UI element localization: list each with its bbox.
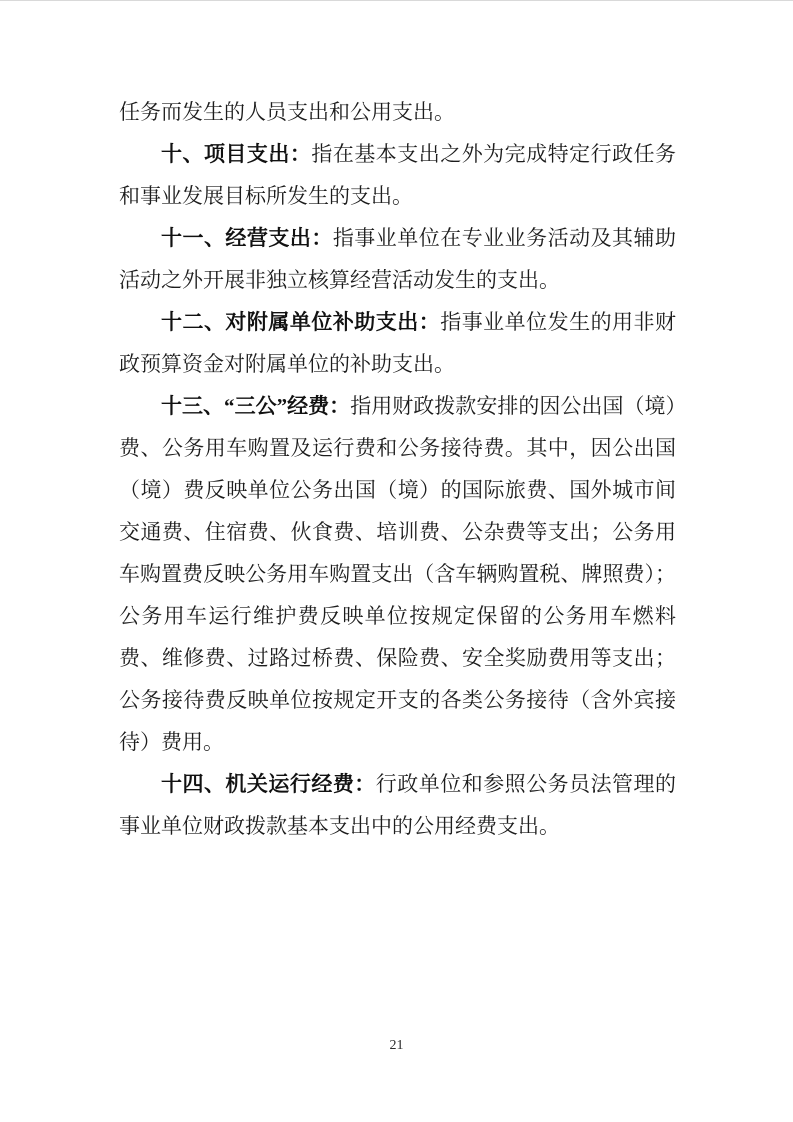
paragraph-term-11-operating-expenditure: 十一、经营支出：指事业单位在专业业务活动及其辅助活动之外开展非独立核算经营活动发… (119, 217, 676, 301)
term-definition: 指用财政拨款安排的因公出国（境）费、公务用车购置及运行费和公务接待费。其中，因公… (119, 394, 676, 754)
term-heading: 十一、经营支出： (161, 226, 333, 250)
paragraph-term-12-subsidy-to-affiliated-units: 十二、对附属单位补助支出：指事业单位发生的用非财政预算资金对附属单位的补助支出。 (119, 301, 676, 385)
term-heading: 十、项目支出： (161, 142, 311, 166)
term-heading: 十三、“三公”经费： (161, 394, 350, 418)
term-heading: 十四、机关运行经费： (161, 772, 376, 796)
document-page: 任务而发生的人员支出和公用支出。 十、项目支出：指在基本支出之外为完成特定行政任… (0, 0, 793, 1122)
document-body: 任务而发生的人员支出和公用支出。 十、项目支出：指在基本支出之外为完成特定行政任… (119, 91, 676, 847)
paragraph-term-14-agency-operation-funds: 十四、机关运行经费：行政单位和参照公务员法管理的事业单位财政拨款基本支出中的公用… (119, 763, 676, 847)
paragraph-text: 任务而发生的人员支出和公用支出。 (119, 100, 455, 124)
paragraph-term-10-project-expenditure: 十、项目支出：指在基本支出之外为完成特定行政任务和事业发展目标所发生的支出。 (119, 133, 676, 217)
term-heading: 十二、对附属单位补助支出： (161, 310, 440, 334)
paragraph-term-13-three-public-funds: 十三、“三公”经费：指用财政拨款安排的因公出国（境）费、公务用车购置及运行费和公… (119, 385, 676, 763)
paragraph-continuation: 任务而发生的人员支出和公用支出。 (119, 91, 676, 133)
page-number: 21 (0, 1036, 793, 1056)
